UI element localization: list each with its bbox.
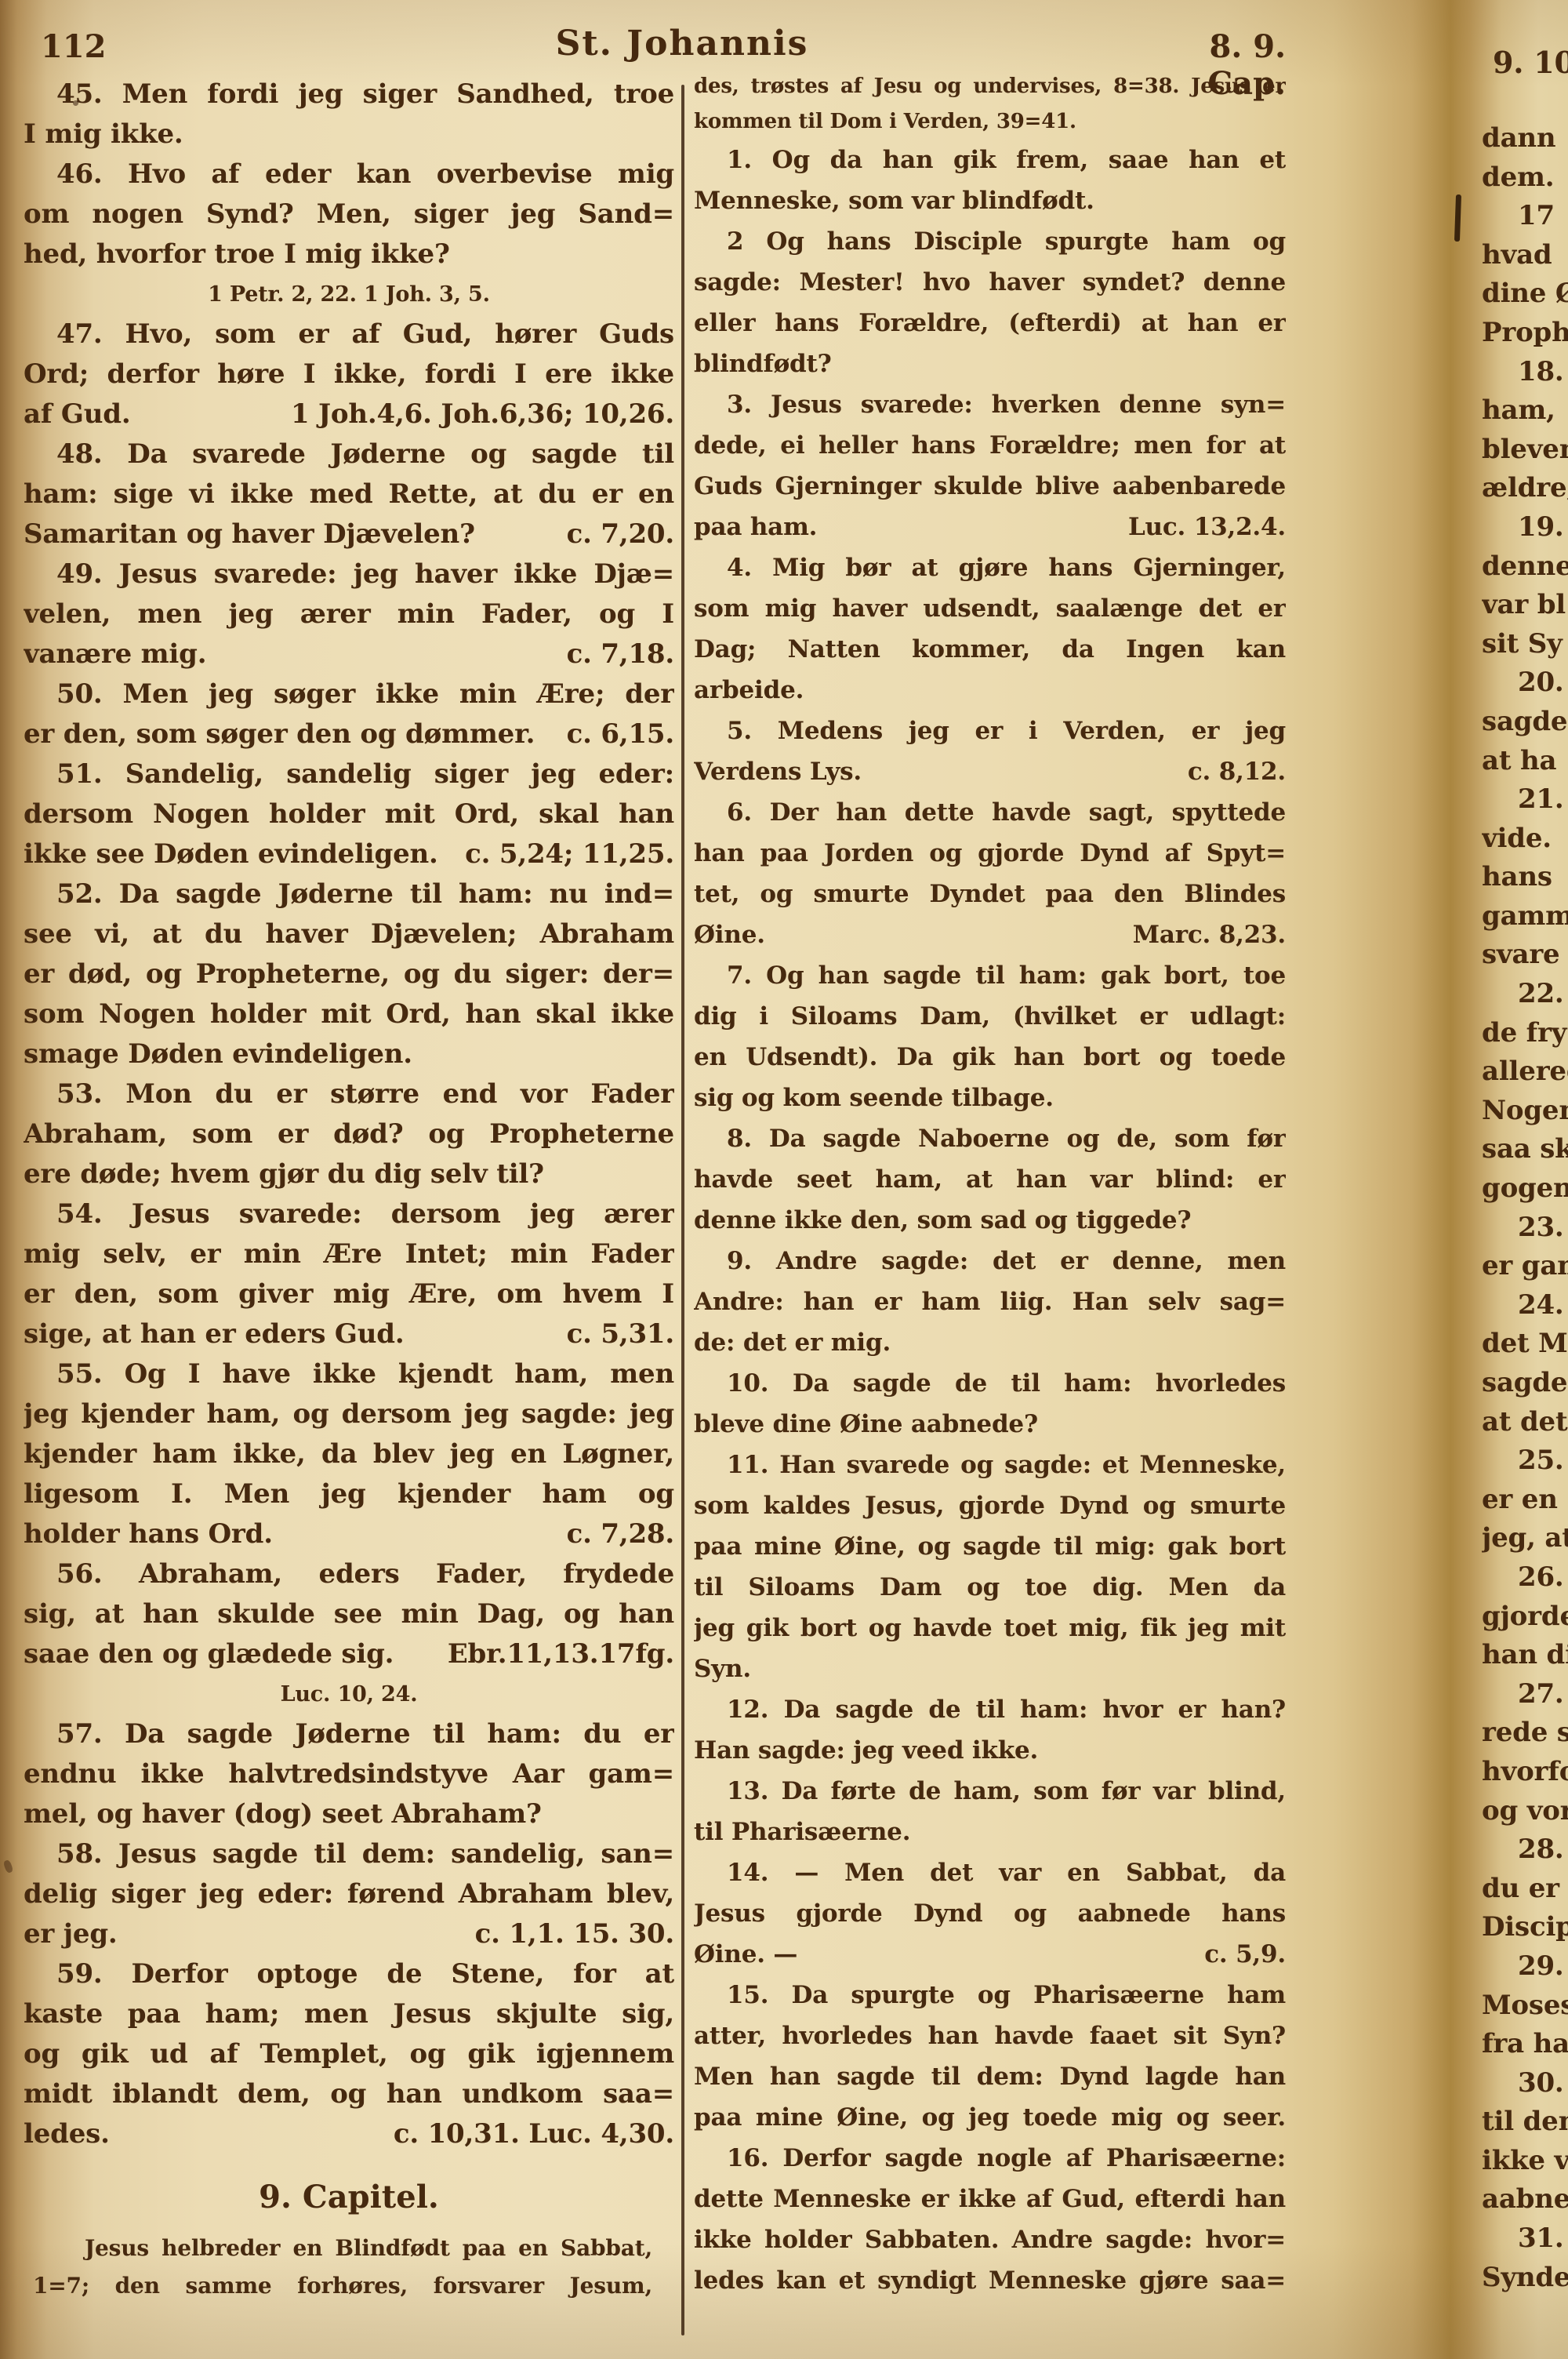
adjacent-text-fragment: 18.: [1482, 353, 1568, 392]
verse-line: Øine. —c. 5,9.: [694, 1934, 1286, 1975]
adjacent-text-fragment: jeg, at: [1482, 1519, 1568, 1558]
adjacent-text-fragment: gogen.: [1482, 1169, 1568, 1209]
adjacent-text-fragment: Proph: [1482, 314, 1568, 353]
adjacent-text-fragment: denne: [1482, 547, 1568, 587]
verse-line: tet, og smurte Dyndet paa den Blindes: [694, 874, 1286, 914]
verse-line: sig og kom seende tilbage.: [694, 1078, 1286, 1118]
verse-line: som mig haver udsendt, saalænge det er: [694, 588, 1286, 629]
verse-line: 57. Da sagde Jøderne til ham: du er: [24, 1714, 674, 1754]
verse-line: vanære mig.c. 7,18.: [24, 634, 674, 674]
verse-line: 16. Derfor sagde nogle af Pharisæerne:: [694, 2138, 1286, 2179]
page-title: St. Johannis: [517, 24, 847, 64]
adjacent-text-fragment: 29.: [1482, 1947, 1568, 1986]
cross-reference: c. 7,28.: [567, 1514, 674, 1554]
cross-reference: c. 1,1. 15. 30.: [475, 1914, 674, 1954]
adjacent-text-fragment: 26.: [1482, 1558, 1568, 1598]
adjacent-page-header: 9. 10: [1482, 41, 1568, 119]
adjacent-text-fragment: dem.: [1482, 158, 1568, 198]
adjacent-text-fragment: de fry: [1482, 1014, 1568, 1053]
adjacent-text-fragment: Syndere: [1482, 2259, 1568, 2298]
verse-line: 5. Medens jeg er i Verden, er jeg: [694, 711, 1286, 751]
adjacent-text-fragment: Moses: [1482, 1986, 1568, 2026]
verse-line: I mig ikke.: [24, 114, 674, 154]
cross-reference: c. 10,31. Luc. 4,30.: [394, 2114, 674, 2154]
verse-line: holder hans Ord.c. 7,28.: [24, 1514, 674, 1554]
cross-reference: c. 7,20.: [567, 514, 674, 554]
cross-reference: 1 Joh.4,6. Joh.6,36; 10,26.: [291, 394, 674, 434]
verse-text: Øine.: [694, 914, 765, 955]
verse-line: paa mine Øine, og jeg toede mig og seer.: [694, 2097, 1286, 2138]
verse-line: paa mine Øine, og sagde til mig: gak bor…: [694, 1526, 1286, 1567]
adjacent-text-fragment: gjorde: [1482, 1598, 1568, 1637]
verse-line: 1. Og da han gik frem, saae han et: [694, 140, 1286, 180]
verse-line: 4. Mig bør at gjøre hans Gjerninger,: [694, 547, 1286, 588]
verse-line: 50. Men jeg søger ikke min Ære; der: [24, 674, 674, 714]
verse-line: en Udsendt). Da gik han bort og toede: [694, 1037, 1286, 1078]
adjacent-text-fragment: til dem: [1482, 2103, 1568, 2142]
adjacent-text-fragment: sit Sy: [1482, 625, 1568, 664]
verse-line: Abraham, som er død? og Propheterne: [24, 1114, 674, 1154]
adjacent-text-fragment: gamm: [1482, 897, 1568, 936]
adjacent-text-fragment: dann: [1482, 119, 1568, 158]
verse-line: ere døde; hvem gjør du dig selv til?: [24, 1154, 674, 1194]
verse-line: Øine.Marc. 8,23.: [694, 914, 1286, 955]
verse-line: jeg kjender ham, og dersom jeg sagde: je…: [24, 1394, 674, 1434]
verse-line: des, trøstes af Jesu og undervises, 8=38…: [694, 69, 1286, 104]
adjacent-text-fragment: er en S: [1482, 1481, 1568, 1520]
verse-line: 52. Da sagde Jøderne til ham: nu ind=: [24, 874, 674, 914]
adjacent-text-fragment: 22.: [1482, 975, 1568, 1014]
adjacent-text-fragment: ham,: [1482, 391, 1568, 431]
adjacent-text-fragment: det M: [1482, 1325, 1568, 1364]
adjacent-text-fragment: bleven: [1482, 431, 1568, 470]
adjacent-text-fragment: 19.: [1482, 508, 1568, 547]
verse-line: saae den og glædede sig.Ebr.11,13.17fg.: [24, 1634, 674, 1674]
ink-speck: [73, 100, 78, 106]
verse-line: sige, at han er eders Gud.c. 5,31.: [24, 1314, 674, 1354]
adjacent-text-fragment: var bl: [1482, 586, 1568, 625]
verse-line: 2 Og hans Disciple spurgte ham og: [694, 221, 1286, 262]
verse-line: hed, hvorfor troe I mig ikke?: [24, 234, 674, 274]
verse-line: Andre: han er ham liig. Han selv sag=: [694, 1281, 1286, 1322]
adjacent-text-fragment: svare: [1482, 936, 1568, 975]
verse-line: 3. Jesus svarede: hverken denne syn=: [694, 384, 1286, 425]
page-number: 112: [41, 28, 107, 65]
verse-line: de: det er mig.: [694, 1322, 1286, 1363]
verse-text: vanære mig.: [24, 634, 206, 674]
verse-line: sagde: Mester! hvo haver syndet? denne: [694, 262, 1286, 303]
summary-line: Jesus helbreder en Blindfødt paa en Sabb…: [33, 2230, 652, 2267]
verse-line: 1 Petr. 2, 22. 1 Joh. 3, 5.: [24, 274, 674, 314]
verse-line: Ord; derfor høre I ikke, fordi I ere ikk…: [24, 354, 674, 394]
verse-line: arbeide.: [694, 670, 1286, 711]
adjacent-text-fragment: 20.: [1482, 663, 1568, 703]
verse-text: ikke see Døden evindeligen.: [24, 834, 438, 874]
verse-line: delig siger jeg eder: førend Abraham ble…: [24, 1874, 674, 1914]
cross-reference: c. 7,18.: [567, 634, 674, 674]
adjacent-text-fragment: sagde: [1482, 703, 1568, 742]
scripture-column-right: des, trøstes af Jesu og undervises, 8=38…: [694, 69, 1286, 2301]
adjacent-text-fragment: ikke vid: [1482, 2142, 1568, 2181]
verse-line: 12. Da sagde de til ham: hvor er han?: [694, 1689, 1286, 1730]
cross-reference: Ebr.11,13.17fg.: [448, 1634, 674, 1674]
column-divider-rule: [681, 85, 684, 2335]
verse-line: 56. Abraham, eders Fader, frydede: [24, 1554, 674, 1594]
verse-line: Men han sagde til dem: Dynd lagde han: [694, 2056, 1286, 2097]
verse-line: som Nogen holder mit Ord, han skal ikke: [24, 994, 674, 1034]
adjacent-text-fragment: Discipl: [1482, 1908, 1568, 1947]
verse-line: 49. Jesus svarede: jeg haver ikke Djæ=: [24, 554, 674, 594]
summary-line: 1=7; den samme forhøres, forsvarer Jesum…: [33, 2267, 652, 2305]
verse-text: ledes.: [24, 2114, 110, 2154]
verse-line: see vi, at du haver Djævelen; Abraham: [24, 914, 674, 954]
verse-line: velen, men jeg ærer min Fader, og I: [24, 594, 674, 634]
cross-reference: c. 5,9.: [1204, 1934, 1286, 1975]
adjacent-text-fragment: hvorfor: [1482, 1753, 1568, 1792]
verse-line: til Pharisæerne.: [694, 1812, 1286, 1852]
verse-line: paa ham.Luc. 13,2.4.: [694, 507, 1286, 547]
adjacent-text-fragment: er gam: [1482, 1247, 1568, 1286]
verse-line: sig, at han skulde see min Dag, og han: [24, 1594, 674, 1634]
book-page: 112 St. Johannis 8. 9. Cap. 45. Men ford…: [0, 0, 1568, 2359]
verse-line: 8. Da sagde Naboerne og de, som før: [694, 1118, 1286, 1159]
adjacent-text-fragment: 23.: [1482, 1209, 1568, 1248]
verse-line: som kaldes Jesus, gjorde Dynd og smurte: [694, 1485, 1286, 1526]
adjacent-text-fragment: fra han: [1482, 2025, 1568, 2064]
cross-reference: c. 8,12.: [1188, 751, 1286, 792]
verse-line: endnu ikke halvtredsindstyve Aar gam=: [24, 1754, 674, 1794]
adjacent-text-fragment: at ha: [1482, 742, 1568, 781]
verse-line: og gik ud af Templet, og gik igjennem: [24, 2034, 674, 2074]
cross-reference: c. 6,15.: [567, 714, 674, 754]
verse-line: Luc. 10, 24.: [24, 1674, 674, 1714]
adjacent-text-fragment: ældre,: [1482, 469, 1568, 508]
cross-reference: Luc. 13,2.4.: [1128, 507, 1286, 547]
adjacent-text-fragment: du er: [1482, 1870, 1568, 1909]
adjacent-text-fragment: aabnet: [1482, 2180, 1568, 2219]
verse-line: kommen til Dom i Verden, 39=41.: [694, 104, 1286, 140]
verse-text: af Gud.: [24, 394, 130, 434]
verse-text: er jeg.: [24, 1914, 118, 1954]
verse-text: er den, som søger den og dømmer.: [24, 714, 535, 754]
adjacent-text-fragment: vide.: [1482, 820, 1568, 859]
adjacent-text-fragment: 28.: [1482, 1830, 1568, 1870]
verse-line: 14. — Men det var en Sabbat, da: [694, 1852, 1286, 1893]
verse-line: 58. Jesus sagde til dem: sandelig, san=: [24, 1834, 674, 1874]
verse-line: jeg gik bort og havde toet mig, fik jeg …: [694, 1608, 1286, 1648]
verse-line: kjender ham ikke, da blev jeg en Løgner,: [24, 1434, 674, 1474]
cross-reference: c. 5,24; 11,25.: [465, 834, 674, 874]
verse-line: dede, ei heller hans Forældre; men for a…: [694, 425, 1286, 466]
verse-line: Han sagde: jeg veed ikke.: [694, 1730, 1286, 1771]
verse-line: 55. Og I have ikke kjendt ham, men: [24, 1354, 674, 1394]
verse-line: 15. Da spurgte og Pharisæerne ham: [694, 1975, 1286, 2016]
verse-line: eller hans Forældre, (efterdi) at han er: [694, 303, 1286, 343]
gutter-bookmark-mark: [1454, 194, 1461, 242]
cross-reference: Marc. 8,23.: [1133, 914, 1286, 955]
verse-line: ledes.c. 10,31. Luc. 4,30.: [24, 2114, 674, 2154]
verse-line: bleve dine Øine aabnede?: [694, 1404, 1286, 1445]
margin-mark: [3, 1859, 14, 1874]
verse-line: 6. Der han dette havde sagt, spyttede: [694, 792, 1286, 833]
verse-line: 54. Jesus svarede: dersom jeg ærer: [24, 1194, 674, 1234]
verse-text: Øine. —: [694, 1934, 797, 1975]
adjacent-text-fragment: dine Ø: [1482, 274, 1568, 314]
verse-line: havde seet ham, at han var blind: er: [694, 1159, 1286, 1200]
adjacent-text-fragment: hans: [1482, 858, 1568, 897]
verse-line: 53. Mon du er større end vor Fader: [24, 1074, 674, 1114]
cross-reference: c. 5,31.: [567, 1314, 674, 1354]
verse-text: sige, at han er eders Gud.: [24, 1314, 405, 1354]
verse-line: er død, og Propheterne, og du siger: der…: [24, 954, 674, 994]
verse-line: 59. Derfor optoge de Stene, for at: [24, 1954, 674, 1994]
adjacent-page-strip: 9. 10 danndem.17hvaddine ØProph18.ham,bl…: [1482, 41, 1568, 2319]
verse-line: er den, som søger den og dømmer.c. 6,15.: [24, 714, 674, 754]
adjacent-text-fragment: saa sk: [1482, 1130, 1568, 1169]
verse-text: saae den og glædede sig.: [24, 1634, 394, 1674]
adjacent-text-fragment: allered: [1482, 1052, 1568, 1092]
adjacent-text-fragment: hvad: [1482, 236, 1568, 275]
verse-line: mel, og haver (dog) seet Abraham?: [24, 1794, 674, 1834]
verse-line: han paa Jorden og gjorde Dynd af Spyt=: [694, 833, 1286, 874]
verse-line: kaste paa ham; men Jesus skjulte sig,: [24, 1994, 674, 2034]
verse-line: 10. Da sagde de til ham: hvorledes: [694, 1363, 1286, 1404]
verse-line: er jeg.c. 1,1. 15. 30.: [24, 1914, 674, 1954]
verse-line: mig selv, er min Ære Intet; min Fader: [24, 1234, 674, 1274]
verse-line: Guds Gjerninger skulde blive aabenbarede: [694, 466, 1286, 507]
adjacent-text-fragment: 17: [1482, 197, 1568, 236]
verse-line: 51. Sandelig, sandelig siger jeg eder:: [24, 754, 674, 794]
verse-line: blindfødt?: [694, 343, 1286, 384]
verse-line: 45. Men fordi jeg siger Sandhed, troe: [24, 75, 674, 114]
adjacent-text-fragment: 30.: [1482, 2064, 1568, 2103]
verse-line: 47. Hvo, som er af Gud, hører Guds: [24, 314, 674, 354]
verse-line: 13. Da førte de ham, som før var blind,: [694, 1771, 1286, 1812]
adjacent-text-fragment: 25.: [1482, 1441, 1568, 1481]
verse-line: til Siloams Dam og toe dig. Men da: [694, 1567, 1286, 1608]
verse-text: holder hans Ord.: [24, 1514, 273, 1554]
verse-line: 9. Andre sagde: det er denne, men: [694, 1241, 1286, 1281]
verse-line: Verdens Lys.c. 8,12.: [694, 751, 1286, 792]
adjacent-text-fragment: 21.: [1482, 780, 1568, 820]
chapter-summary: Jesus helbreder en Blindfødt paa en Sabb…: [33, 2230, 652, 2305]
verse-line: Samaritan og haver Djævelen?c. 7,20.: [24, 514, 674, 554]
verse-line: 7. Og han sagde til ham: gak bort, toe: [694, 955, 1286, 996]
verse-line: midt iblandt dem, og han undkom saa=: [24, 2074, 674, 2114]
verse-line: Dag; Natten kommer, da Ingen kan: [694, 629, 1286, 670]
adjacent-text-fragment: at dett: [1482, 1403, 1568, 1442]
verse-line: ham: sige vi ikke med Rette, at du er en: [24, 474, 674, 514]
verse-line: ikke see Døden evindeligen.c. 5,24; 11,2…: [24, 834, 674, 874]
chapter-heading: 9. Capitel.: [24, 2179, 674, 2215]
verse-line: Syn.: [694, 1648, 1286, 1689]
verse-line: 11. Han svarede og sagde: et Menneske,: [694, 1445, 1286, 1485]
verse-line: dette Menneske er ikke af Gud, efterdi h…: [694, 2179, 1286, 2219]
adjacent-text-fragment: 31.: [1482, 2219, 1568, 2259]
adjacent-text-fragment: 24.: [1482, 1286, 1568, 1325]
verse-line: er den, som giver mig Ære, om hvem I: [24, 1274, 674, 1314]
verse-line: ledes kan et syndigt Menneske gjøre saa=: [694, 2260, 1286, 2301]
scripture-column-left: 45. Men fordi jeg siger Sandhed, troeI m…: [24, 75, 674, 2154]
verse-line: 48. Da svarede Jøderne og sagde til: [24, 434, 674, 474]
verse-line: 46. Hvo af eder kan overbevise mig: [24, 154, 674, 194]
verse-line: Jesus gjorde Dynd og aabnede hans: [694, 1893, 1286, 1934]
verse-line: Menneske, som var blindfødt.: [694, 180, 1286, 221]
verse-line: dersom Nogen holder mit Ord, skal han: [24, 794, 674, 834]
adjacent-text-fragment: sagde: [1482, 1364, 1568, 1403]
verse-line: om nogen Synd? Men, siger jeg Sand=: [24, 194, 674, 234]
verse-line: smage Døden evindeligen.: [24, 1034, 674, 1074]
verse-line: denne ikke den, som sad og tiggede?: [694, 1200, 1286, 1241]
verse-text: paa ham.: [694, 507, 817, 547]
adjacent-text-fragment: og vord: [1482, 1792, 1568, 1831]
adjacent-text-fragment: 27.: [1482, 1675, 1568, 1714]
verse-line: atter, hvorledes han havde faaet sit Syn…: [694, 2016, 1286, 2056]
verse-line: af Gud.1 Joh.4,6. Joh.6,36; 10,26.: [24, 394, 674, 434]
adjacent-text-fragment: Nogen: [1482, 1092, 1568, 1131]
verse-line: ligesom I. Men jeg kjender ham og: [24, 1474, 674, 1514]
verse-line: ikke holder Sabbaten. Andre sagde: hvor=: [694, 2219, 1286, 2260]
adjacent-page-text: danndem.17hvaddine ØProph18.ham,blevenæl…: [1482, 119, 1568, 2297]
verse-text: Samaritan og haver Djævelen?: [24, 514, 475, 554]
verse-line: dig i Siloams Dam, (hvilket er udlagt:: [694, 996, 1286, 1037]
verse-text: Verdens Lys.: [694, 751, 862, 792]
adjacent-text-fragment: rede sa: [1482, 1714, 1568, 1753]
adjacent-text-fragment: han din: [1482, 1636, 1568, 1675]
